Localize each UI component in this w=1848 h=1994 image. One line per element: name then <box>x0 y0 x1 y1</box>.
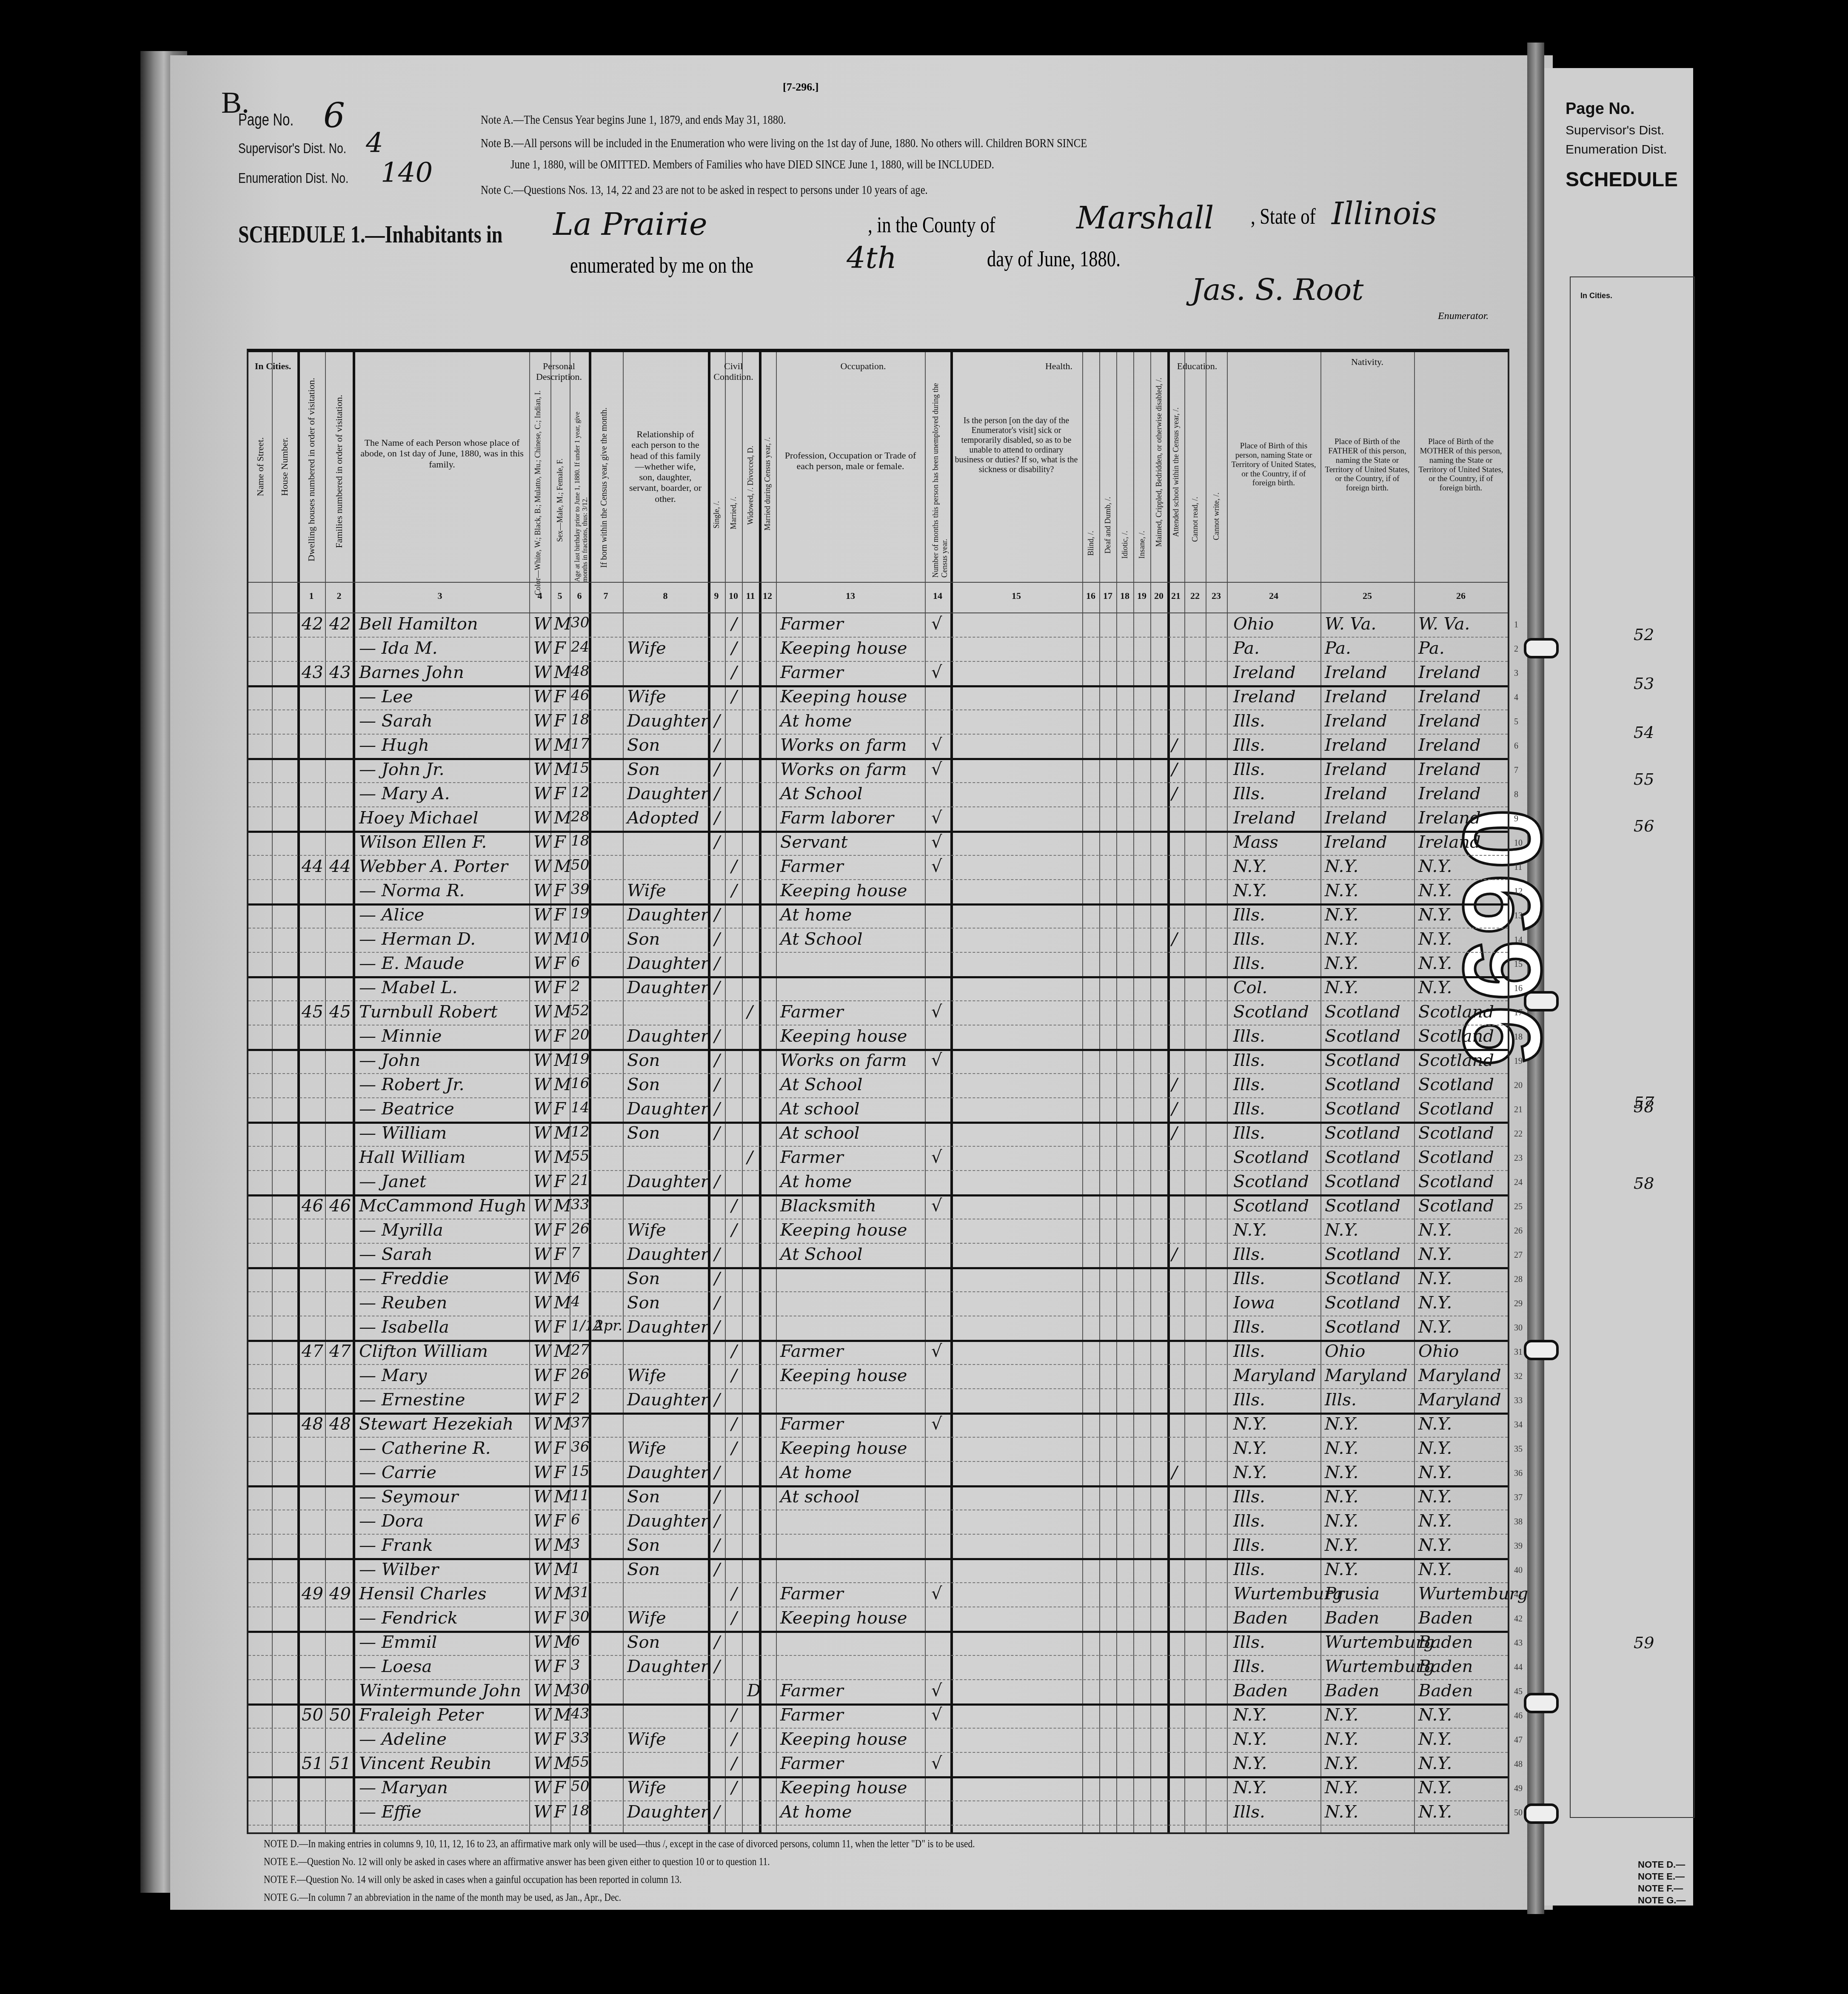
color-code: W <box>533 687 551 706</box>
age-value: 37 <box>571 1414 589 1431</box>
sex-code: M <box>554 760 571 779</box>
color-code: W <box>533 784 551 803</box>
next-page-dwelling-number: 56 <box>1634 817 1654 835</box>
form-code: [7-296.] <box>783 81 818 94</box>
mother-birthplace: Ireland <box>1418 784 1481 803</box>
dwelling-number: 42 <box>302 614 323 634</box>
occupation: At School <box>780 1245 863 1264</box>
color-code: W <box>533 1632 551 1652</box>
birthplace: Ohio <box>1233 614 1274 634</box>
line-number: 50 <box>1514 1808 1523 1818</box>
age-value: 24 <box>571 638 589 655</box>
mother-birthplace: Scotland <box>1418 1051 1494 1070</box>
birthplace: Scotland <box>1233 1148 1309 1167</box>
header-sex: Sex—Male, M.; Female, F. <box>556 459 565 542</box>
family-number: 48 <box>329 1414 351 1434</box>
color-code: W <box>533 1196 551 1216</box>
table-row: 254646McCammond HughWM33/Blacksmith√Scot… <box>248 1194 1508 1219</box>
age-value: 14 <box>571 1099 589 1116</box>
enumeration-dist-value: 140 <box>381 157 433 189</box>
age-value: 55 <box>571 1148 589 1165</box>
line-number: 15 <box>1514 960 1523 969</box>
line-number: 33 <box>1514 1396 1523 1406</box>
line-number: 21 <box>1514 1105 1523 1115</box>
birthplace: Ills. <box>1233 954 1265 973</box>
father-birthplace: Pa. <box>1325 638 1351 658</box>
header-sickness: Is the person [on the day of the Enumera… <box>955 416 1078 475</box>
relationship: Daughter <box>627 978 709 997</box>
birthplace: Ills. <box>1233 1657 1265 1676</box>
sex-code: F <box>554 711 566 731</box>
header-street: Name of Street. <box>255 437 266 496</box>
married-mark: / <box>731 1414 737 1434</box>
header-cannot-write: Cannot write, /. <box>1212 493 1221 540</box>
age-value: 3 <box>571 1535 580 1552</box>
single-mark: / <box>714 1269 720 1288</box>
sex-code: M <box>554 1535 571 1555</box>
age-value: 31 <box>571 1584 589 1601</box>
sex-code: F <box>554 1511 566 1531</box>
next-page-dwelling-number: 58 <box>1634 1174 1654 1193</box>
table-row: 32— MaryWF26Wife/Keeping houseMarylandMa… <box>248 1364 1508 1389</box>
header-school: Attended school within the Census year, … <box>1172 407 1181 537</box>
dwelling-number: 47 <box>302 1342 323 1361</box>
father-birthplace: Scotland <box>1325 1172 1400 1191</box>
single-mark: / <box>714 832 720 852</box>
age-value: 2 <box>571 1390 580 1407</box>
occupation: At school <box>780 1123 860 1143</box>
father-birthplace: Scotland <box>1325 1196 1400 1216</box>
occupation: At home <box>780 905 852 925</box>
single-mark: / <box>714 711 720 731</box>
color-code: W <box>533 1026 551 1046</box>
relationship: Wife <box>627 881 666 900</box>
color-code: W <box>533 1608 551 1628</box>
table-row: 7— John Jr.WM15Son/Works on farm√/Ills.I… <box>248 758 1508 783</box>
sex-code: F <box>554 1026 566 1046</box>
person-name: McCammond Hugh <box>359 1196 527 1216</box>
age-value: 27 <box>571 1342 589 1359</box>
sex-code: F <box>554 1317 566 1337</box>
header-insane: Insane, /. <box>1138 531 1146 558</box>
occupation: Keeping house <box>780 638 907 658</box>
attended-school-mark: / <box>1172 1245 1177 1264</box>
line-number: 9 <box>1514 814 1518 824</box>
mother-birthplace: W. Va. <box>1418 614 1470 634</box>
person-name: Fraleigh Peter <box>359 1705 483 1725</box>
line-number: 25 <box>1514 1202 1523 1212</box>
color-code: W <box>533 1220 551 1240</box>
mother-birthplace: N.Y. <box>1418 1705 1452 1725</box>
months-unemployed-mark: √ <box>931 857 942 876</box>
binding-ring <box>1524 1803 1559 1824</box>
line-number: 47 <box>1514 1735 1523 1745</box>
note-c: Note C.—Questions Nos. 13, 14, 22 and 23… <box>481 183 928 197</box>
header-cannot-read: Cannot read, /. <box>1191 497 1200 542</box>
birthplace: Ills. <box>1233 735 1265 755</box>
next-page-dwelling-number: 59 <box>1634 1633 1654 1652</box>
table-row: 20— Robert Jr.WM16Son/At School/Ills.Sco… <box>248 1073 1508 1098</box>
table-row: 114444Webber A. PorterWM50/Farmer√N.Y.N.… <box>248 855 1508 880</box>
header-in-cities: In Cities. <box>248 361 297 371</box>
line-number: 5 <box>1514 717 1518 727</box>
birthplace: Ills. <box>1233 1511 1265 1531</box>
color-code: W <box>533 638 551 658</box>
months-unemployed-mark: √ <box>931 1196 942 1216</box>
occupation: Blacksmith <box>780 1196 876 1216</box>
line-number: 7 <box>1514 766 1518 775</box>
sex-code: F <box>554 1729 566 1749</box>
father-birthplace: N.Y. <box>1325 881 1358 900</box>
sex-code: F <box>554 905 566 925</box>
color-code: W <box>533 614 551 634</box>
occupation: Farmer <box>780 857 844 876</box>
table-row: 36— CarrieWF15Daughter/At home/N.Y.N.Y.N… <box>248 1461 1508 1487</box>
table-row: 44— LoesaWF3Daughter/Ills.WurtemburgBade… <box>248 1655 1508 1680</box>
line-number: 43 <box>1514 1638 1523 1648</box>
relationship: Wife <box>627 1778 666 1797</box>
supervisor-dist-value: 4 <box>366 128 383 159</box>
next-page-pageno-label: Page No. <box>1566 100 1635 118</box>
person-name: — Fendrick <box>359 1608 458 1628</box>
occupation: Farmer <box>780 1754 844 1773</box>
age-value: 18 <box>571 711 589 728</box>
color-code: W <box>533 711 551 731</box>
age-value: 17 <box>571 735 589 752</box>
sex-code: M <box>554 1681 571 1701</box>
single-mark: / <box>714 1487 720 1507</box>
age-value: 30 <box>571 1608 589 1625</box>
married-mark: / <box>731 857 737 876</box>
occupation: At School <box>780 784 863 803</box>
header-relationship: Relationship of each person to the head … <box>627 429 704 504</box>
months-unemployed-mark: √ <box>931 1705 942 1725</box>
person-name: — Seymour <box>359 1487 458 1507</box>
birthplace: Scotland <box>1233 1002 1309 1022</box>
father-birthplace: N.Y. <box>1325 1220 1358 1240</box>
relationship: Son <box>627 1293 660 1313</box>
birthplace: N.Y. <box>1233 857 1267 876</box>
occupation: Keeping house <box>780 1220 907 1240</box>
person-name: Wilson Ellen F. <box>359 832 487 852</box>
line-number: 42 <box>1514 1614 1523 1624</box>
single-mark: / <box>714 1099 720 1119</box>
relationship: Son <box>627 760 660 779</box>
months-unemployed-mark: √ <box>931 832 942 852</box>
birthplace: Maryland <box>1233 1366 1316 1385</box>
column-number-row: 1 2 3 4 5 6 7 8 9 10 11 12 13 14 15 16 1… <box>248 582 1508 613</box>
person-name: — Ernestine <box>359 1390 465 1410</box>
line-number: 32 <box>1514 1372 1523 1382</box>
table-row: 21— BeatriceWF14Daughter/At school/Ills.… <box>248 1097 1508 1124</box>
age-value: 3 <box>571 1657 580 1674</box>
age-value: 15 <box>571 760 589 777</box>
father-birthplace: Ireland <box>1325 735 1387 755</box>
attended-school-mark: / <box>1172 1123 1177 1143</box>
color-code: W <box>533 1317 551 1337</box>
father-birthplace: Ireland <box>1325 808 1387 828</box>
note-a: Note A.—The Census Year begins June 1, 1… <box>481 113 786 127</box>
person-name: — Minnie <box>359 1026 442 1046</box>
family-number: 44 <box>329 857 351 876</box>
table-row: 15— E. MaudeWF6Daughter/Ills.N.Y.N.Y. <box>248 952 1508 978</box>
father-birthplace: Scotland <box>1325 1269 1400 1288</box>
header-health-group: Health. <box>950 361 1167 371</box>
sex-code: F <box>554 687 566 706</box>
next-page-supervisor-label: Supervisor's Dist. <box>1566 123 1664 138</box>
birthplace: Ills. <box>1233 929 1265 949</box>
census-table: In Cities. Name of Street. House Number.… <box>247 349 1509 1834</box>
relationship: Daughter <box>627 1463 709 1482</box>
occupation: Works on farm <box>780 760 907 779</box>
father-birthplace: N.Y. <box>1325 1487 1358 1507</box>
sex-code: F <box>554 1463 566 1482</box>
sex-code: M <box>554 1414 571 1434</box>
table-row: 14242Bell HamiltonWM30/Farmer√OhioW. Va.… <box>248 612 1508 638</box>
line-number: 11 <box>1514 863 1522 872</box>
header-civil-condition: Civil Condition. <box>708 361 759 382</box>
mother-birthplace: Scotland <box>1418 1099 1494 1119</box>
header-education-group: Education. <box>1167 361 1227 371</box>
note-b-line1: Note B.—All persons will be included in … <box>481 136 1087 151</box>
married-mark: / <box>731 1366 737 1385</box>
person-name: — Janet <box>359 1172 426 1191</box>
birthplace: Ills. <box>1233 1535 1265 1555</box>
birthplace: Ills. <box>1233 1075 1265 1094</box>
family-number: 51 <box>329 1754 351 1773</box>
schedule-title: SCHEDULE 1.—Inhabitants in <box>238 221 502 248</box>
single-mark: / <box>714 1026 720 1046</box>
sex-code: M <box>554 1196 571 1216</box>
sex-code: F <box>554 881 566 900</box>
mother-birthplace: Ireland <box>1418 663 1481 682</box>
mother-birthplace: Maryland <box>1418 1366 1501 1385</box>
age-value: 6 <box>571 1269 580 1286</box>
mother-birthplace: Scotland <box>1418 1002 1494 1022</box>
mother-birthplace: Ireland <box>1418 832 1481 852</box>
person-name: — William <box>359 1123 447 1143</box>
color-code: W <box>533 1487 551 1507</box>
line-number: 31 <box>1514 1347 1523 1357</box>
color-code: W <box>533 1148 551 1167</box>
table-row: 28— FreddieWM6Son/Ills.ScotlandN.Y. <box>248 1267 1508 1292</box>
married-mark: / <box>731 1342 737 1361</box>
birthplace: N.Y. <box>1233 881 1267 900</box>
attended-school-mark: / <box>1172 1099 1177 1119</box>
next-page-dwelling-number: 53 <box>1634 674 1654 693</box>
line-number: 35 <box>1514 1444 1523 1454</box>
age-value: 52 <box>571 1002 589 1019</box>
birthplace: N.Y. <box>1233 1414 1267 1434</box>
line-number: 8 <box>1514 790 1518 800</box>
occupation: At School <box>780 1075 863 1094</box>
line-number: 23 <box>1514 1154 1523 1163</box>
mother-birthplace: Ireland <box>1418 808 1481 828</box>
color-code: W <box>533 760 551 779</box>
sex-code: F <box>554 1439 566 1458</box>
dwelling-number: 50 <box>302 1705 323 1725</box>
birthplace: N.Y. <box>1233 1463 1267 1482</box>
married-mark: / <box>731 1705 737 1725</box>
family-number: 49 <box>329 1584 351 1604</box>
person-name: Hensil Charles <box>359 1584 486 1604</box>
page-no-label: Page No. <box>238 111 294 130</box>
line-number: 38 <box>1514 1517 1523 1527</box>
sex-code: M <box>554 1705 571 1725</box>
months-unemployed-mark: √ <box>931 614 942 634</box>
person-name: — Hugh <box>359 735 429 755</box>
mother-birthplace: Baden <box>1418 1632 1473 1652</box>
line-number: 30 <box>1514 1323 1523 1333</box>
occupation: At school <box>780 1099 860 1119</box>
person-name: — Adeline <box>359 1729 447 1749</box>
header-personal-description: Personal Description. <box>529 361 589 382</box>
occupation: Farmer <box>780 1148 844 1167</box>
birthplace: N.Y. <box>1233 1220 1267 1240</box>
age-value: 26 <box>571 1366 589 1383</box>
birthplace: N.Y. <box>1233 1439 1267 1458</box>
color-code: W <box>533 735 551 755</box>
color-code: W <box>533 1778 551 1797</box>
color-code: W <box>533 1293 551 1313</box>
widowed-divorced-mark: / <box>747 1002 753 1022</box>
family-number: 47 <box>329 1342 351 1361</box>
mother-birthplace: N.Y. <box>1418 929 1452 949</box>
father-birthplace: Ireland <box>1325 784 1387 803</box>
birthplace: Ills. <box>1233 905 1265 925</box>
father-birthplace: Scotland <box>1325 1099 1400 1119</box>
mother-birthplace: Wurtemburg <box>1418 1584 1528 1604</box>
birthplace: N.Y. <box>1233 1754 1267 1773</box>
person-name: — Dora <box>359 1511 424 1531</box>
age-value: 26 <box>571 1220 589 1237</box>
occupation: At home <box>780 1172 852 1191</box>
dwelling-number: 48 <box>302 1414 323 1434</box>
sex-code: F <box>554 784 566 803</box>
occupation: Keeping house <box>780 1366 907 1385</box>
person-name: Webber A. Porter <box>359 857 508 876</box>
relationship: Son <box>627 1051 660 1070</box>
married-mark: / <box>731 687 737 706</box>
age-value: 30 <box>571 614 589 631</box>
father-birthplace: Scotland <box>1325 1317 1400 1337</box>
person-name: — John <box>359 1051 420 1070</box>
months-unemployed-mark: √ <box>931 760 942 779</box>
next-page-dwelling-number: 55 <box>1634 770 1654 789</box>
color-code: W <box>533 1705 551 1725</box>
person-name: Barnes John <box>359 663 464 682</box>
header-widowed: Widowed, /. Divorced, D. <box>746 446 755 525</box>
dwelling-number: 45 <box>302 1002 323 1022</box>
color-code: W <box>533 1560 551 1579</box>
color-code: W <box>533 1366 551 1385</box>
family-number: 43 <box>329 663 351 682</box>
age-value: 18 <box>571 832 589 849</box>
color-code: W <box>533 954 551 973</box>
age-value: 33 <box>571 1196 589 1213</box>
color-code: W <box>533 1511 551 1531</box>
age-value: 6 <box>571 1632 580 1649</box>
occupation: Farmer <box>780 1414 844 1434</box>
dwelling-number: 43 <box>302 663 323 682</box>
line-number: 6 <box>1514 741 1518 751</box>
relationship: Son <box>627 929 660 949</box>
birthplace: Ills. <box>1233 1051 1265 1070</box>
months-unemployed-mark: √ <box>931 1051 942 1070</box>
single-mark: / <box>714 1293 720 1313</box>
relationship: Son <box>627 1535 660 1555</box>
footer-notes: NOTE D.—In making entries in columns 9, … <box>264 1837 1131 1909</box>
color-code: W <box>533 857 551 876</box>
occupation: Keeping house <box>780 1439 907 1458</box>
attended-school-mark: / <box>1172 784 1177 803</box>
father-birthplace: N.Y. <box>1325 1560 1358 1579</box>
sex-code: F <box>554 1778 566 1797</box>
occupation: Works on farm <box>780 735 907 755</box>
sex-code: M <box>554 1560 571 1579</box>
relationship: Daughter <box>627 1172 709 1191</box>
mother-birthplace: Scotland <box>1418 1075 1494 1094</box>
table-row: 39— FrankWM3Son/Ills.N.Y.N.Y. <box>248 1534 1508 1560</box>
birthplace: Scotland <box>1233 1172 1309 1191</box>
table-row: 465050Fraleigh PeterWM43/Farmer√N.Y.N.Y.… <box>248 1703 1508 1729</box>
table-row: 50— EffieWF18Daughter/At homeIlls.N.Y.N.… <box>248 1800 1508 1826</box>
relationship: Wife <box>627 1608 666 1628</box>
color-code: W <box>533 1123 551 1143</box>
birthplace: Ills. <box>1233 1123 1265 1143</box>
person-name: — Sarah <box>359 1245 433 1264</box>
occupation: At home <box>780 1463 852 1482</box>
months-unemployed-mark: √ <box>931 663 942 682</box>
table-row: 16— Mabel L.WF2Daughter/Col.N.Y.N.Y. <box>248 976 1508 1001</box>
person-name: — Emmil <box>359 1632 437 1652</box>
mother-birthplace: N.Y. <box>1418 1487 1452 1507</box>
mother-birthplace: N.Y. <box>1418 978 1452 997</box>
months-unemployed-mark: √ <box>931 1002 942 1022</box>
age-value: 12 <box>571 1123 589 1140</box>
color-code: W <box>533 1245 551 1264</box>
father-birthplace: N.Y. <box>1325 1802 1358 1822</box>
occupation: Farmer <box>780 1584 844 1604</box>
note-b-line2: June 1, 1880, will be OMITTED. Members o… <box>510 157 994 172</box>
table-row: 35— Catherine R.WF36Wife/Keeping houseN.… <box>248 1437 1508 1462</box>
table-row: 9Hoey MichaelWM28Adopted/Farm laborer√Ir… <box>248 806 1508 833</box>
single-mark: / <box>714 1075 720 1094</box>
color-code: W <box>533 1414 551 1434</box>
sex-code: F <box>554 954 566 973</box>
age-value: 28 <box>571 808 589 825</box>
father-birthplace: Scotland <box>1325 1051 1400 1070</box>
father-birthplace: Ireland <box>1325 832 1387 852</box>
single-mark: / <box>714 978 720 997</box>
color-code: W <box>533 1172 551 1191</box>
age-value: 6 <box>571 1511 580 1528</box>
single-mark: / <box>714 784 720 803</box>
father-birthplace: N.Y. <box>1325 1511 1358 1531</box>
footer-note-f: NOTE F.—Question No. 14 will only be ask… <box>264 1873 975 1886</box>
color-code: W <box>533 1390 551 1410</box>
birthplace: Ills. <box>1233 1317 1265 1337</box>
age-value: 55 <box>571 1754 589 1771</box>
table-row: 2— Ida M.WF24Wife/Keeping housePa.Pa.Pa. <box>248 637 1508 662</box>
occupation: Keeping house <box>780 1778 907 1797</box>
mother-birthplace: Scotland <box>1418 1148 1494 1167</box>
person-name: — Herman D. <box>359 929 476 949</box>
table-row: 414949Hensil CharlesWM31/Farmer√Wurtembu… <box>248 1582 1508 1607</box>
married-mark: / <box>731 1754 737 1773</box>
mother-birthplace: N.Y. <box>1418 1511 1452 1531</box>
line-number: 18 <box>1514 1032 1523 1042</box>
